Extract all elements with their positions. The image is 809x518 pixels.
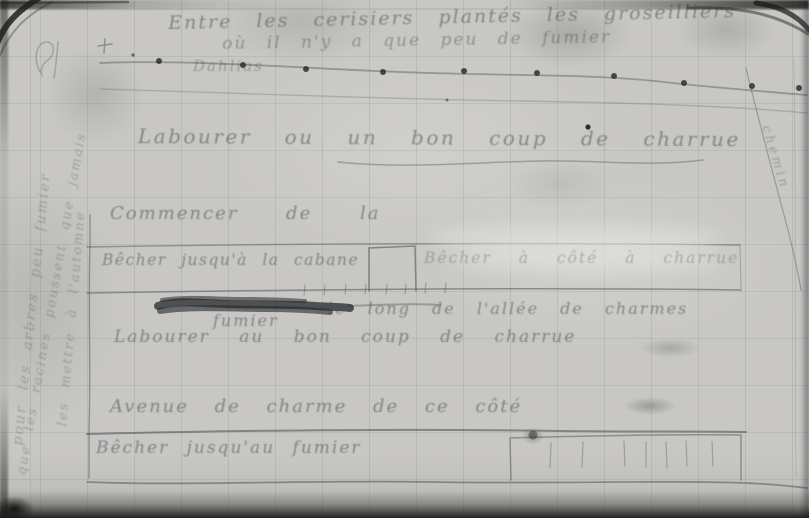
- note-bulb-label: Dahlias: [193, 57, 264, 75]
- photo-bottom-edge-shadow: [0, 490, 809, 518]
- note-avenue: Avenue de charme de ce côté: [110, 396, 522, 417]
- photo-right-edge-shadow: [800, 0, 809, 518]
- note-top-line1: Entre les cerisiers plantés les groseill…: [168, 0, 736, 34]
- note-row1-left: Bêcher jusqu'à la cabane: [102, 251, 359, 269]
- note-plow: Labourer ou un bon coup de charrue: [138, 124, 741, 151]
- note-plow2: Labourer au bon coup de charrue: [114, 327, 576, 347]
- note-row1-right: Bêcher à côté à charrue: [424, 249, 739, 267]
- scanned-notebook-page: Entre les cerisiers plantés les groseill…: [0, 0, 809, 518]
- note-start: Commencer de la: [110, 203, 380, 224]
- photo-left-edge-shadow: [0, 0, 8, 518]
- right-diagonal-note: chemin: [746, 84, 804, 232]
- note-dig: Bêcher jusqu'au fumier: [96, 438, 362, 458]
- note-alley: le long de l'allée de charmes: [328, 299, 688, 318]
